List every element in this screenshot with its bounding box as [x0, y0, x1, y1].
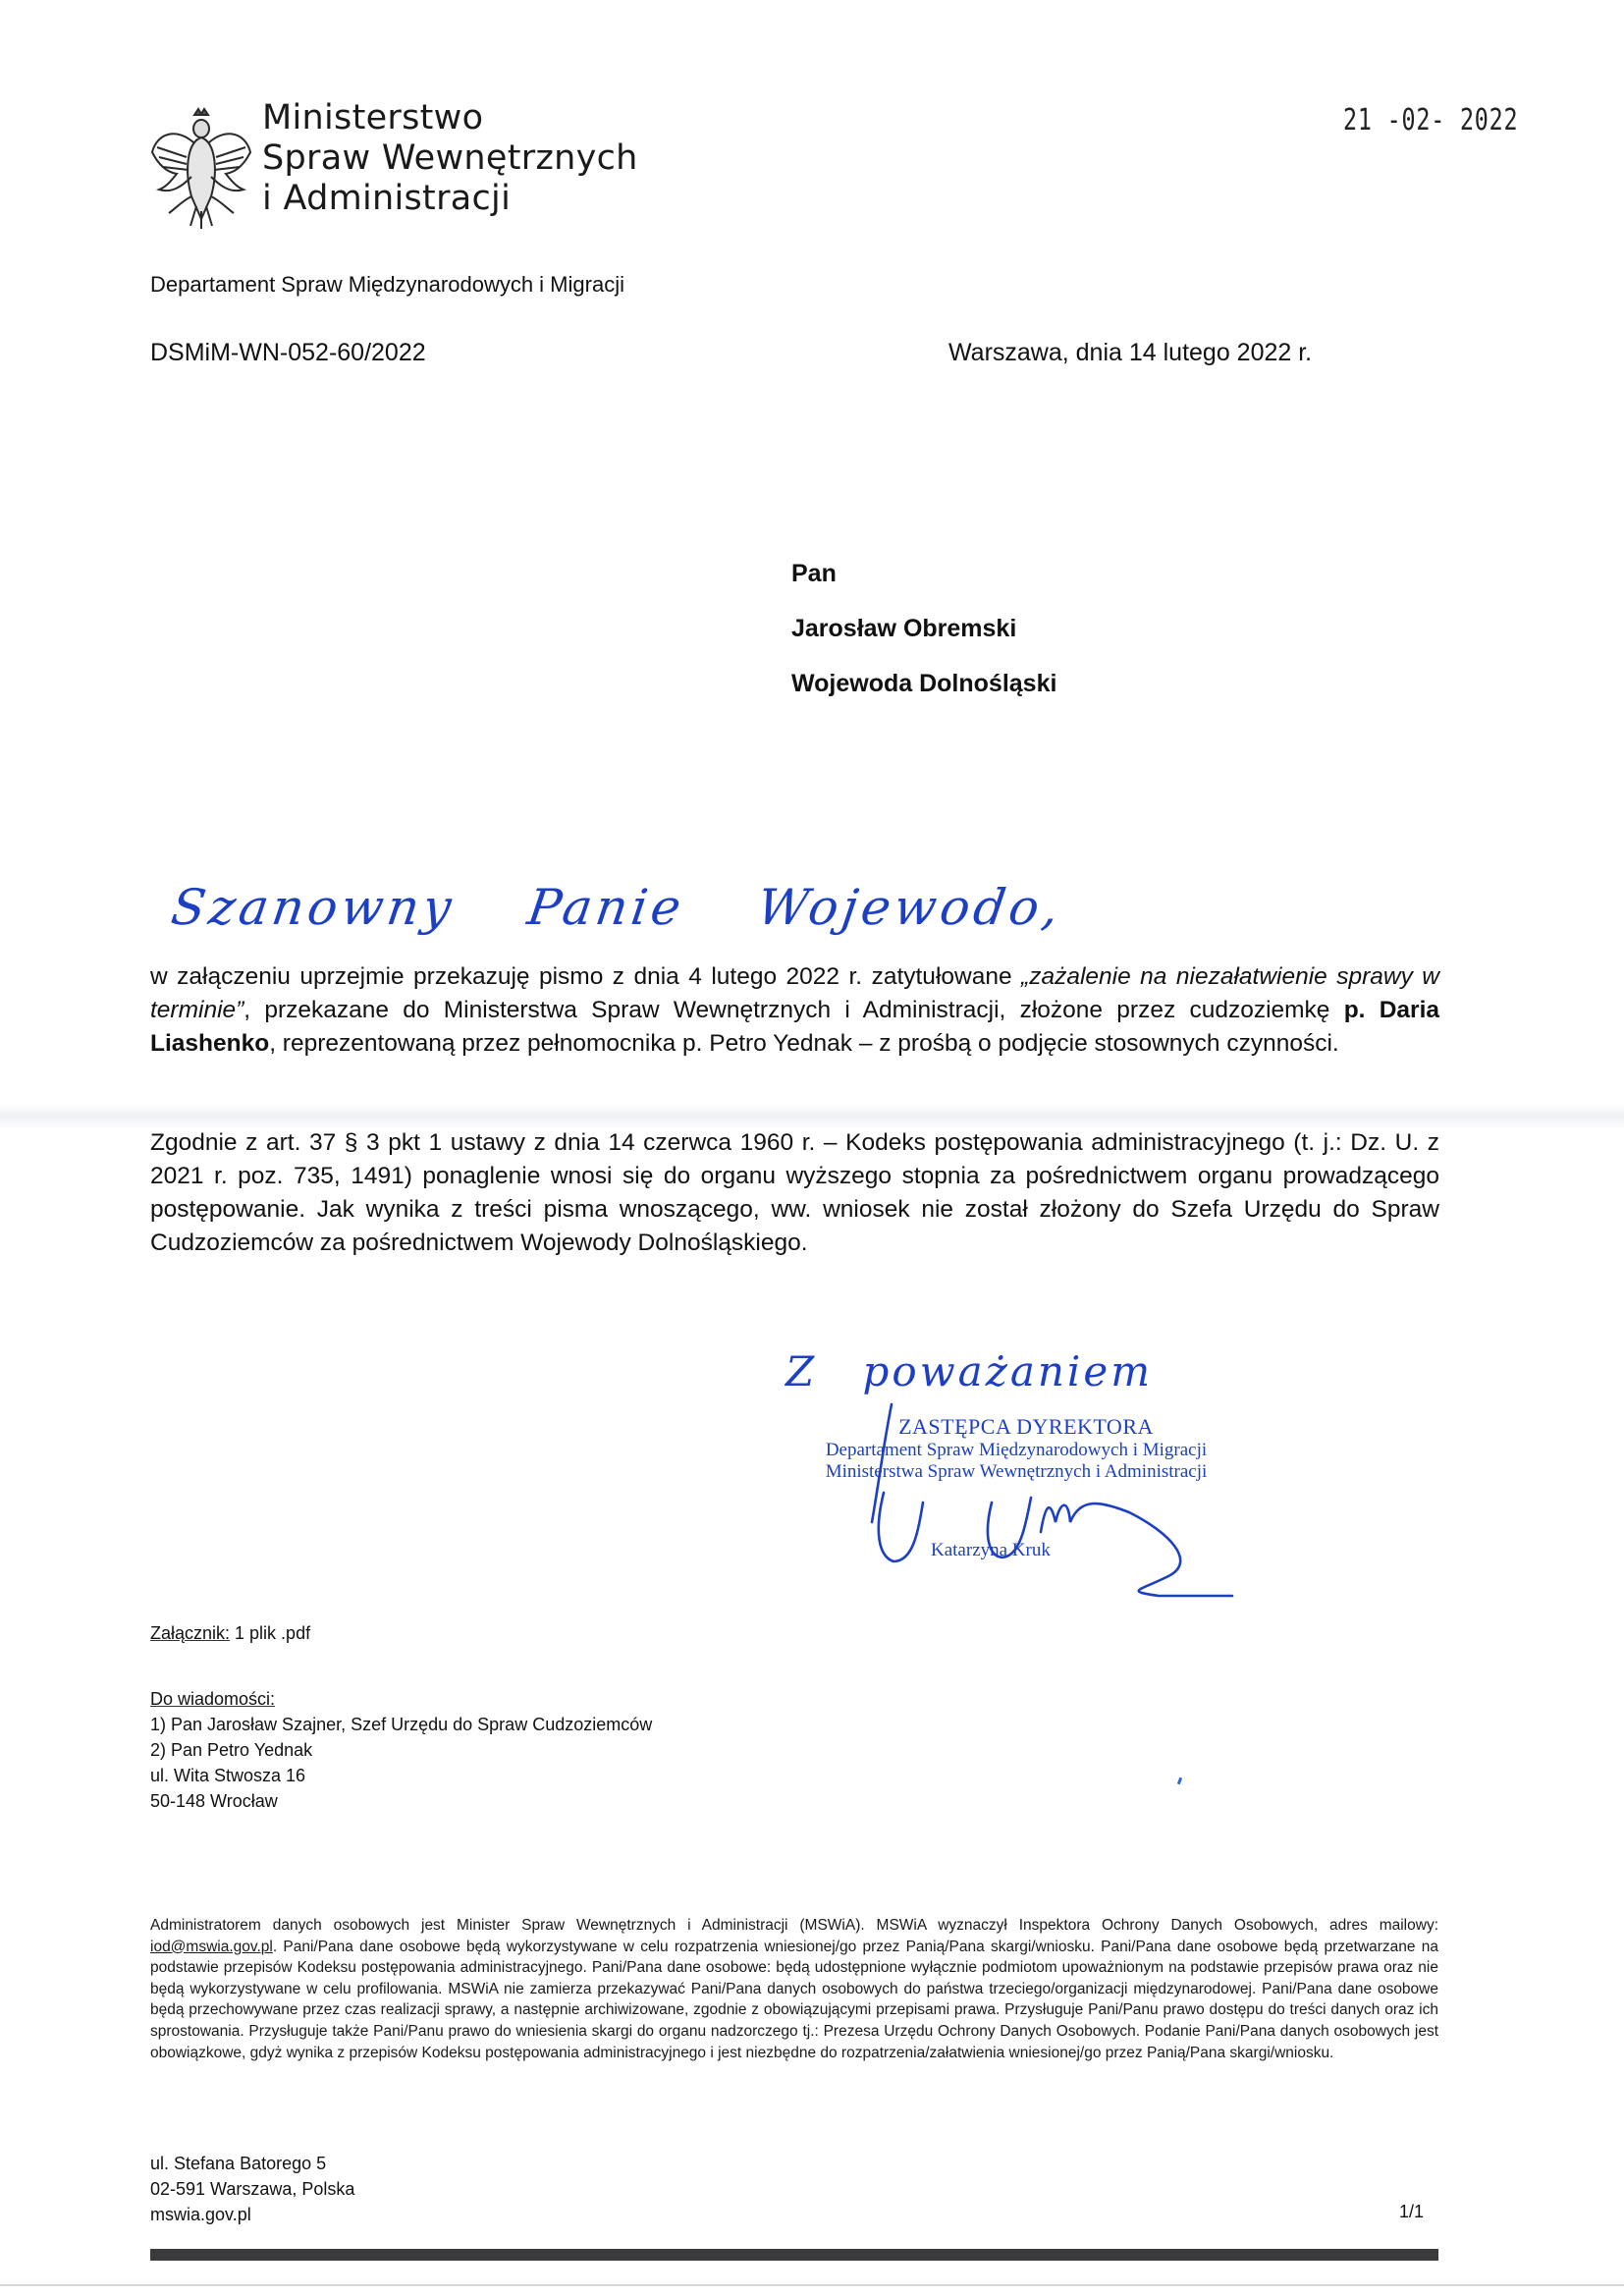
body-text: , reprezentowaną przez pełnomocnika p. P…	[269, 1030, 1339, 1057]
ministry-name: Ministerstwo Spraw Wewnętrznych i Admini…	[262, 98, 638, 219]
footer-address: ul. Stefana Batorego 5 02-591 Warszawa, …	[150, 2151, 354, 2227]
attachment-value: 1 plik .pdf	[230, 1623, 310, 1643]
addressee-block: Pan Jarosław Obremski Wojewoda Dolnośląs…	[791, 546, 1056, 711]
addressee-honorific: Pan	[791, 546, 1056, 601]
page-number: 1/1	[1399, 2202, 1424, 2222]
attachment-label: Załącznik:	[150, 1623, 230, 1643]
ministry-name-line: Ministerstwo	[262, 98, 638, 138]
gdpr-notice: Administratorem danych osobowych jest Mi…	[150, 1915, 1438, 2063]
received-date-stamp: 21 -02- 2022	[1343, 103, 1518, 137]
attachment-note: Załącznik: 1 plik .pdf	[150, 1620, 310, 1646]
scan-edge-line	[0, 2284, 1624, 2286]
place-and-date: Warszawa, dnia 14 lutego 2022 r.	[948, 339, 1312, 367]
stamp-title: ZASTĘPCA DYREKTORA	[785, 1414, 1247, 1440]
reference-number: DSMiM-WN-052-60/2022	[150, 339, 426, 367]
body-paragraph-2: Zgodnie z art. 37 § 3 pkt 1 ustawy z dni…	[150, 1126, 1439, 1260]
addressee-name: Jarosław Obremski	[791, 601, 1056, 656]
gdpr-text: Administratorem danych osobowych jest Mi…	[150, 1917, 1438, 1934]
stamp-department: Departament Spraw Międzynarodowych i Mig…	[785, 1440, 1247, 1461]
footer-street: ul. Stefana Batorego 5	[150, 2151, 354, 2176]
official-signature-stamp: ZASTĘPCA DYREKTORA Departament Spraw Mię…	[785, 1414, 1247, 1483]
body-paragraph-1: w załączeniu uprzejmie przekazuję pismo …	[150, 960, 1439, 1061]
ministry-name-line: i Administracji	[262, 179, 638, 219]
cc-item: 2) Pan Petro Yednak	[150, 1737, 652, 1763]
stamp-ministry: Ministerstwa Spraw Wewnętrznych i Admini…	[785, 1461, 1247, 1483]
cc-list: Do wiadomości: 1) Pan Jarosław Szajner, …	[150, 1686, 652, 1814]
handwritten-salutation: Szanowny Panie Wojewodo,	[168, 879, 1066, 936]
body-text: , przekazane do Ministerstwa Spraw Wewnę…	[244, 997, 1343, 1023]
cc-label: Do wiadomości:	[150, 1686, 652, 1712]
handwritten-closing: Z poważaniem	[785, 1347, 1153, 1395]
cc-item: ul. Wita Stwosza 16	[150, 1763, 652, 1788]
cc-item: 1) Pan Jarosław Szajner, Szef Urzędu do …	[150, 1712, 652, 1737]
signer-name: Katarzyna Kruk	[931, 1540, 1051, 1561]
data-protection-email-link[interactable]: iod@mswia.gov.pl	[150, 1939, 273, 1955]
cc-item: 50-148 Wrocław	[150, 1788, 652, 1814]
body-text: w załączeniu uprzejmie przekazuję pismo …	[150, 963, 1021, 990]
gdpr-text: . Pani/Pana dane osobowe będą wykorzysty…	[150, 1939, 1438, 2061]
ministry-name-line: Spraw Wewnętrznych	[262, 138, 638, 179]
polish-eagle-emblem-icon	[147, 103, 255, 231]
footer-divider-bar	[150, 2249, 1438, 2261]
footer-city: 02-591 Warszawa, Polska	[150, 2176, 354, 2202]
ink-speck	[1177, 1777, 1182, 1785]
body-text: Zgodnie z art. 37 § 3 pkt 1 ustawy z dni…	[150, 1126, 1439, 1260]
department-name: Departament Spraw Międzynarodowych i Mig…	[150, 272, 624, 298]
footer-website: mswia.gov.pl	[150, 2202, 354, 2227]
addressee-title: Wojewoda Dolnośląski	[791, 656, 1056, 711]
